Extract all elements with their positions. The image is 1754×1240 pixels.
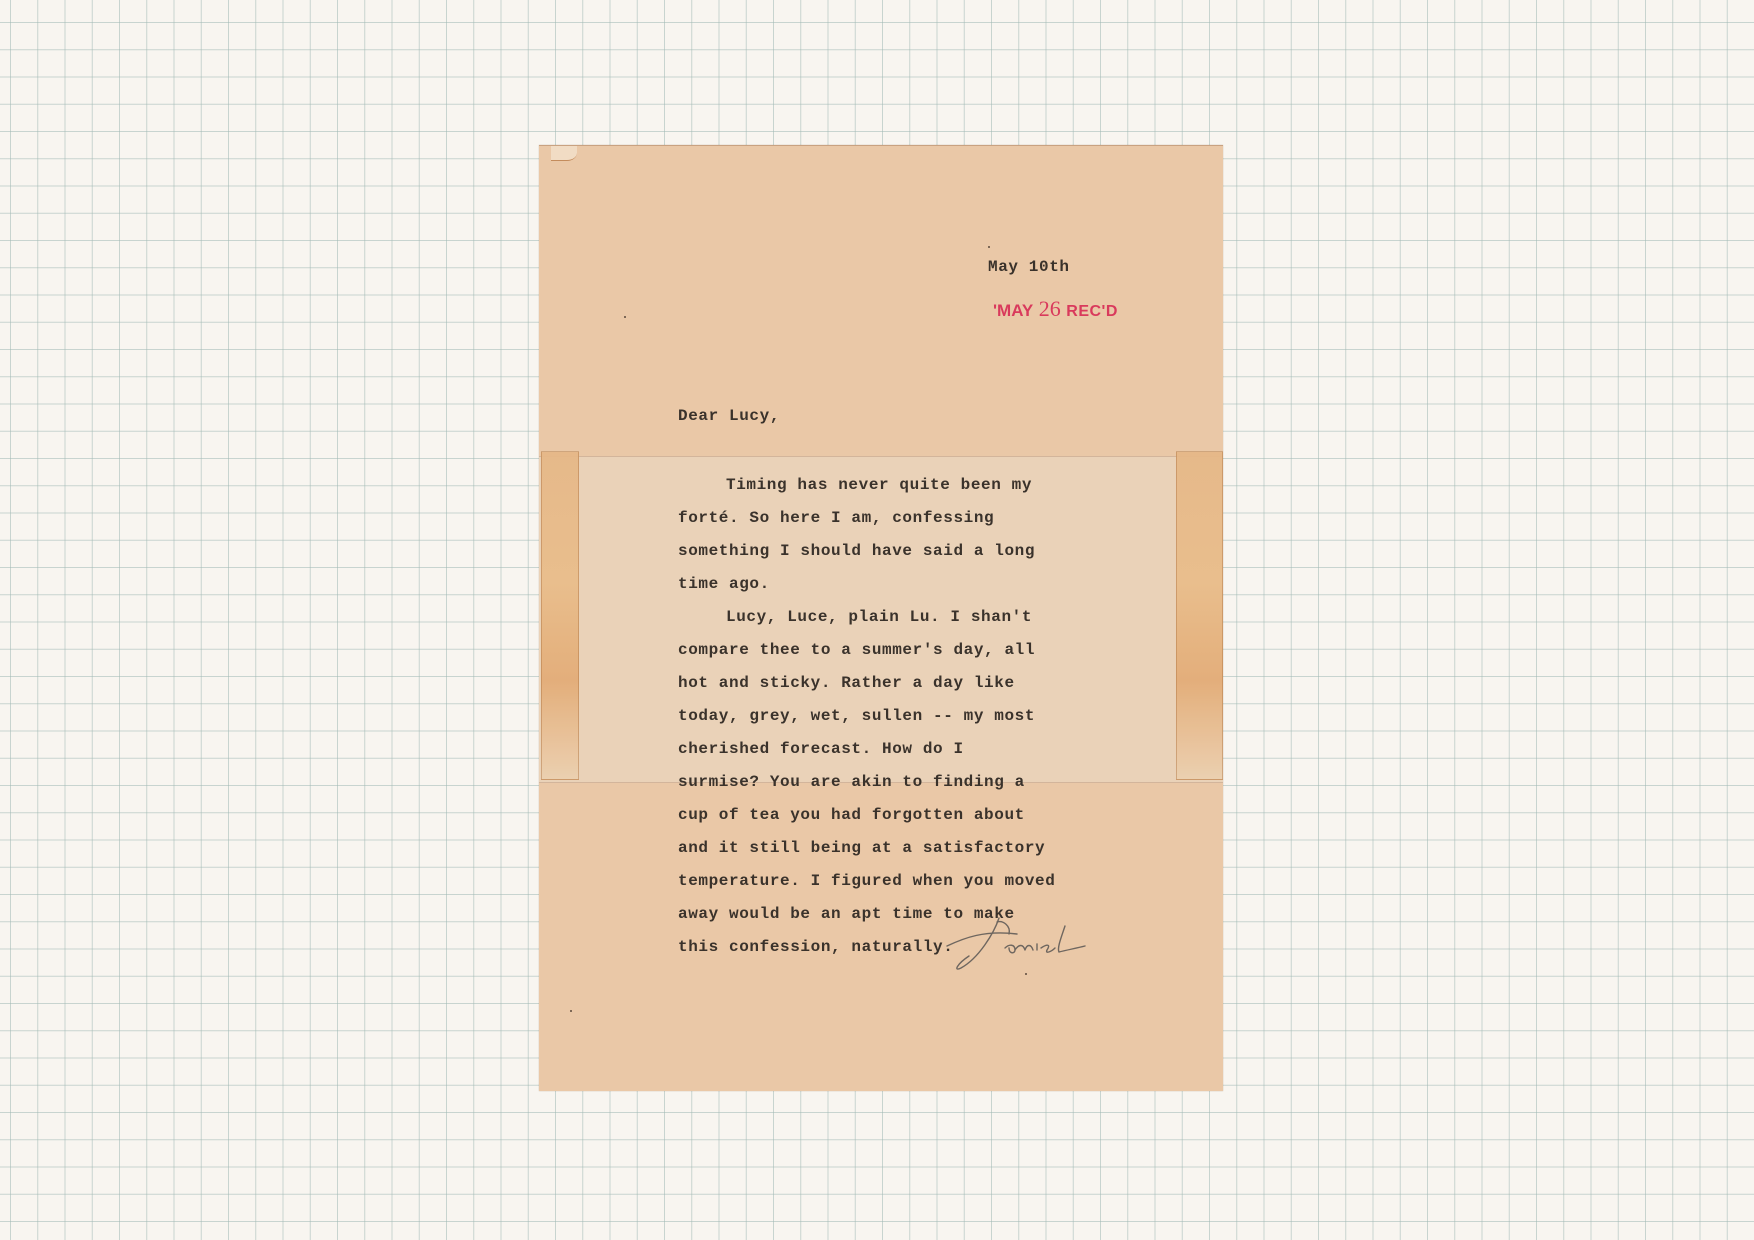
torn-corner: [551, 146, 577, 161]
tape-strip-left: [541, 451, 579, 780]
stamp-day: 26: [1039, 296, 1061, 321]
letter-line: something I should have said a long: [678, 535, 1055, 568]
ink-speck: [988, 246, 990, 248]
received-stamp: 'MAY 26 REC'D: [993, 296, 1118, 322]
letter-date: May 10th: [988, 258, 1070, 276]
letter-line: Timing has never quite been my: [678, 469, 1055, 502]
ink-speck: [624, 316, 626, 318]
tape-strip-right: [1176, 451, 1223, 780]
letter-line: surmise? You are akin to finding a: [678, 766, 1055, 799]
signature-daniel-icon: [939, 908, 1089, 978]
stamp-label: REC'D: [1066, 303, 1118, 320]
letter-line: forté. So here I am, confessing: [678, 502, 1055, 535]
letter-line: hot and sticky. Rather a day like: [678, 667, 1055, 700]
letter-line: Lucy, Luce, plain Lu. I shan't: [678, 601, 1055, 634]
letter-line: and it still being at a satisfactory: [678, 832, 1055, 865]
letter-paper: May 10th 'MAY 26 REC'D Dear Lucy, Timing…: [539, 145, 1223, 1091]
letter-line: cup of tea you had forgotten about: [678, 799, 1055, 832]
ink-speck: [570, 1010, 572, 1012]
letter-line: cherished forecast. How do I: [678, 733, 1055, 766]
salutation: Dear Lucy,: [678, 400, 1055, 433]
signature: [939, 908, 1089, 983]
letter-line: compare thee to a summer's day, all: [678, 634, 1055, 667]
letter-line: time ago.: [678, 568, 1055, 601]
ink-speck: [1025, 973, 1027, 975]
letter-lines: Timing has never quite been myforté. So …: [678, 469, 1055, 964]
stamp-month: MAY: [997, 301, 1033, 320]
letter-body: Dear Lucy, Timing has never quite been m…: [678, 364, 1055, 1000]
letter-line: temperature. I figured when you moved: [678, 865, 1055, 898]
letter-line: today, grey, wet, sullen -- my most: [678, 700, 1055, 733]
